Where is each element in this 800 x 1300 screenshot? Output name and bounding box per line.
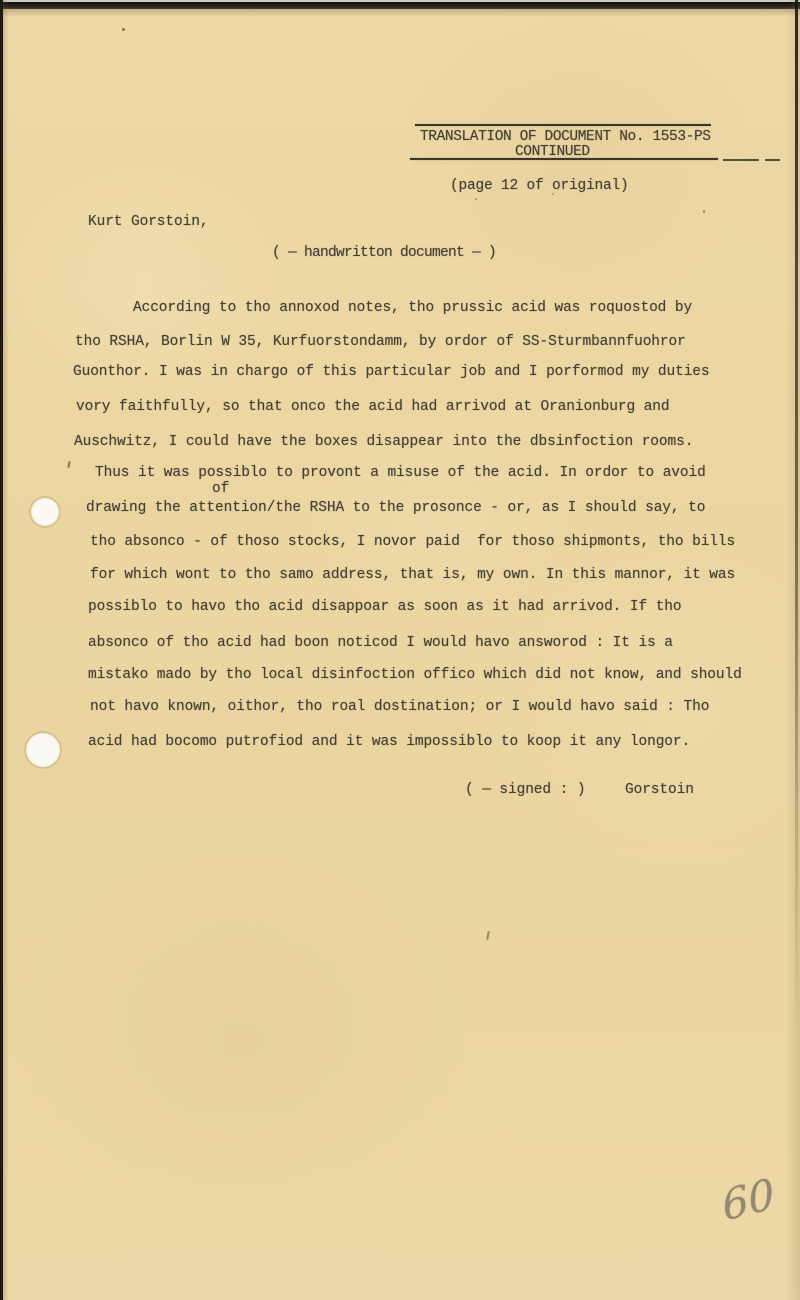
author-line: Kurt Gorstoin, bbox=[88, 213, 208, 231]
scan-edge-top-shadow bbox=[0, 9, 800, 17]
typed-line-13: not havo known, oithor, tho roal dostina… bbox=[90, 698, 709, 716]
ink-speck bbox=[552, 193, 554, 195]
header-underline-dash-2 bbox=[765, 159, 780, 161]
punch-hole-top bbox=[31, 498, 59, 526]
typed-line-10: possiblo to havo tho acid disappoar as s… bbox=[88, 598, 682, 616]
ink-speck bbox=[475, 198, 477, 200]
scan-edge-top bbox=[0, 2, 800, 9]
typed-line-14: acid had bocomo putrofiod and it was imp… bbox=[88, 733, 690, 751]
typed-line-6: Thus it was possiblo to provont a misuse… bbox=[95, 464, 706, 482]
stray-mark bbox=[67, 461, 70, 468]
page-note: (page 12 of original) bbox=[450, 177, 629, 195]
scan-edge-right bbox=[795, 0, 798, 1300]
typed-line-5: Auschwitz, I could have the boxes disapp… bbox=[74, 433, 693, 451]
interline-insertion: of bbox=[212, 480, 229, 498]
header-overline bbox=[415, 124, 711, 126]
typed-line-8: tho absonco - of thoso stocks, I novor p… bbox=[90, 533, 735, 551]
header-underline-dash bbox=[723, 159, 759, 161]
ink-speck bbox=[703, 210, 705, 213]
handwritten-note-label: ( — handwritton document — ) bbox=[272, 244, 496, 262]
typed-line-12: mistako mado by tho local disinfoction o… bbox=[88, 666, 742, 684]
signature-name: Gorstoin bbox=[625, 781, 694, 799]
header-underline bbox=[410, 158, 718, 160]
signature-prefix: ( — signed : ) bbox=[465, 781, 585, 799]
ink-speck bbox=[122, 28, 125, 31]
typed-line-2: tho RSHA, Borlin W 35, Kurfuorstondamm, … bbox=[75, 333, 686, 351]
scanned-document-page: TRANSLATION OF DOCUMENT No. 1553-PS CONT… bbox=[0, 0, 800, 1300]
punch-hole-bottom bbox=[26, 733, 60, 767]
typed-line-9: for which wont to tho samo address, that… bbox=[90, 566, 735, 584]
typed-line-4: vory faithfully, so that onco the acid h… bbox=[76, 398, 670, 416]
typed-line-1: According to tho annoxod notes, tho prus… bbox=[133, 299, 692, 317]
typed-line-7: drawing the attention/the RSHA to the pr… bbox=[86, 499, 705, 517]
typed-line-3: Guonthor. I was in chargo of this partic… bbox=[73, 363, 710, 381]
typed-line-11: absonco of tho acid had boon noticod I w… bbox=[88, 634, 673, 652]
scan-edge-left-shadow bbox=[3, 0, 9, 1300]
stray-mark bbox=[486, 931, 490, 940]
